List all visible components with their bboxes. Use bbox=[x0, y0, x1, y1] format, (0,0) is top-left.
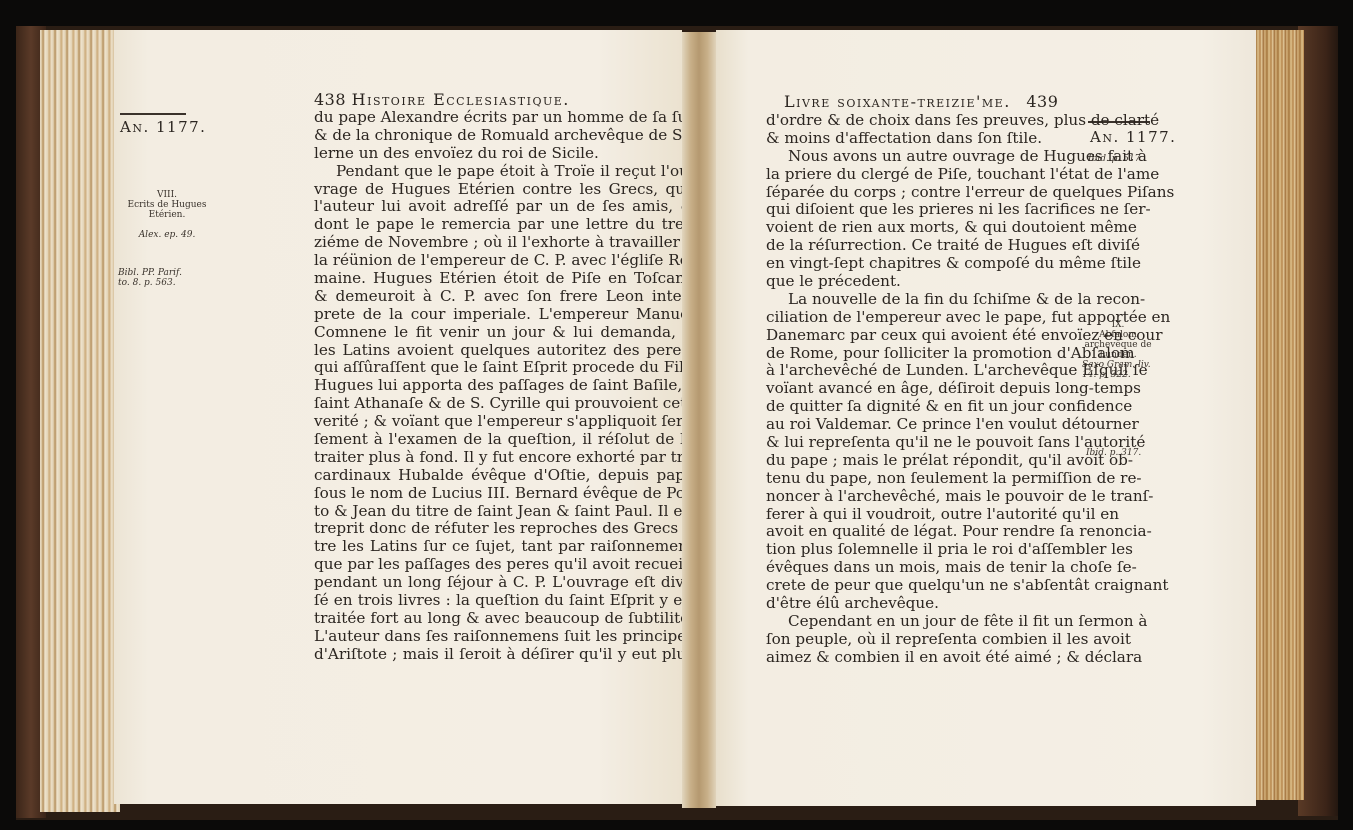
text-line: de la réſurrection. Ce traité de Hugues … bbox=[766, 237, 1074, 255]
page-edges-left bbox=[40, 30, 120, 812]
text-line: pendant un long ſéjour à C. P. L'ouvrage… bbox=[314, 574, 694, 592]
right-page-number: 439 bbox=[1026, 92, 1058, 111]
right-page: Livre soixante-treizie'me. 439 An. 1177.… bbox=[716, 30, 1256, 806]
book-gutter bbox=[682, 32, 716, 808]
right-running-head: Livre soixante-treizie'me. 439 bbox=[784, 92, 1058, 111]
text-line: tre les Latins ſur ce ſujet, tant par ra… bbox=[314, 538, 694, 556]
text-line: ſement à l'examen de la queſtion, il réſ… bbox=[314, 431, 694, 449]
left-page: 438 Histoire Ecclesiastique. An. 1177. V… bbox=[114, 30, 682, 804]
text-line: à l'archevêché de Lunden. L'archevêque E… bbox=[766, 362, 1074, 380]
open-book: 438 Histoire Ecclesiastique. An. 1177. V… bbox=[16, 12, 1338, 820]
right-body-text: d'ordre & de choix dans ſes preuves, plu… bbox=[766, 112, 1074, 667]
text-line: traiter plus à fond. Il y fut encore exh… bbox=[314, 449, 694, 467]
text-line: ferer à qui il voudroit, outre l'autorit… bbox=[766, 506, 1074, 524]
text-line: Comnene le fit venir un jour & lui deman… bbox=[314, 324, 694, 342]
text-line: la réünion de l'empereur de C. P. avec l… bbox=[314, 252, 694, 270]
text-line: vrage de Hugues Etérien contre les Grecs… bbox=[314, 181, 694, 199]
text-line: crete de peur que quelqu'un ne s'abſentâ… bbox=[766, 577, 1074, 595]
text-line: voïant avancé en âge, déſiroit depuis lo… bbox=[766, 380, 1074, 398]
text-line: du pape ; mais le prélat répondit, qu'il… bbox=[766, 452, 1074, 470]
text-line: ſous le nom de Lucius III. Bernard évêqu… bbox=[314, 485, 694, 503]
text-line: L'auteur dans ſes raiſonnemens ſuit les … bbox=[314, 628, 694, 646]
text-line: & moins d'affectation dans ſon ſtile. bbox=[766, 130, 1074, 148]
text-line: du pape Alexandre écrits par un homme de… bbox=[314, 109, 694, 127]
text-line: Pendant que le pape étoit à Troïe il reç… bbox=[314, 163, 694, 181]
margin-note-text: Ecrits de Hugues Etérien. bbox=[124, 200, 210, 220]
year-rule bbox=[120, 113, 186, 115]
text-line: qui aſſûraſſent que le ſaint Eſprit proc… bbox=[314, 359, 694, 377]
text-line: les Latins avoient quelques autoritez de… bbox=[314, 342, 694, 360]
text-line: au roi Valdemar. Ce prince l'en voulut d… bbox=[766, 416, 1074, 434]
margin-note-number: VIII. bbox=[124, 190, 210, 200]
text-line: traitée fort au long & avec beaucoup de … bbox=[314, 610, 694, 628]
citation-line: Bibl. PP. Parif. bbox=[118, 268, 210, 278]
text-line: aimez & combien il en avoit été aimé ; &… bbox=[766, 649, 1074, 667]
citation-line: to. 8. p. 563. bbox=[118, 278, 210, 288]
left-body-text: du pape Alexandre écrits par un homme de… bbox=[314, 109, 694, 664]
text-line: l'auteur lui avoit adreſſé par un de ſes… bbox=[314, 198, 694, 216]
text-line: & lui repreſenta qu'il ne le pouvoit ſan… bbox=[766, 434, 1074, 452]
text-line: d'être élû archevêque. bbox=[766, 595, 1074, 613]
text-line: Nous avons un autre ouvrage de Hugues fa… bbox=[766, 148, 1074, 166]
text-line: ciliation de l'empereur avec le pape, fu… bbox=[766, 309, 1074, 327]
text-line: tion plus ſolemnelle il pria le roi d'aſ… bbox=[766, 541, 1074, 559]
text-line: maine. Hugues Etérien étoit de Piſe en T… bbox=[314, 270, 694, 288]
text-line: lerne un des envoïez du roi de Sicile. bbox=[314, 145, 694, 163]
text-line: évêques dans un mois, mais de tenir la c… bbox=[766, 559, 1074, 577]
text-line: Danemarc par ceux qui avoient été envoïe… bbox=[766, 327, 1074, 345]
text-line: en vingt-ſept chapitres & compoſé du mêm… bbox=[766, 255, 1074, 273]
text-line: treprit donc de réfuter les reproches de… bbox=[314, 520, 694, 538]
text-line: d'ordre & de choix dans ſes preuves, plu… bbox=[766, 112, 1074, 130]
margin-citation-alex: Alex. ep. 49. bbox=[124, 230, 210, 240]
text-line: & de la chronique de Romuald archevêque … bbox=[314, 127, 694, 145]
text-line: que le précedent. bbox=[766, 273, 1074, 291]
text-line: to & Jean du titre de ſaint Jean & ſaint… bbox=[314, 503, 694, 521]
text-line: ſon peuple, où il repreſenta combien il … bbox=[766, 631, 1074, 649]
text-line: Hugues lui apporta des paſſages de ſaint… bbox=[314, 377, 694, 395]
text-line: La nouvelle de la fin du ſchiſme & de la… bbox=[766, 291, 1074, 309]
left-page-number: 438 bbox=[314, 90, 346, 109]
text-line: avoit en qualité de légat. Pour rendre ſ… bbox=[766, 523, 1074, 541]
text-line: & demeuroit à C. P. avec ſon frere Leon … bbox=[314, 288, 694, 306]
text-line: Cependant en un jour de fête il fit un ſ… bbox=[766, 613, 1074, 631]
text-line: qui diſoient que les prieres ni les ſacr… bbox=[766, 201, 1074, 219]
left-year: An. 1177. bbox=[120, 118, 206, 136]
text-line: d'Ariſtote ; mais il ſeroit à déſirer qu… bbox=[314, 646, 694, 664]
text-line: verité ; & voïant que l'empereur s'appli… bbox=[314, 413, 694, 431]
text-line: de Rome, pour ſolliciter la promotion d'… bbox=[766, 345, 1074, 363]
text-line: ziéme de Novembre ; où il l'exhorte à tr… bbox=[314, 234, 694, 252]
left-running-head: 438 Histoire Ecclesiastique. bbox=[314, 90, 570, 109]
text-line: cardinaux Hubalde évêque d'Oſtie, depuis… bbox=[314, 467, 694, 485]
margin-citation-bibl: Bibl. PP. Parif. to. 8. p. 563. bbox=[118, 268, 210, 288]
cover-edge-right bbox=[1298, 26, 1338, 816]
right-year: An. 1177. bbox=[1090, 128, 1176, 146]
right-running-title: Livre soixante-treizie'me. bbox=[784, 92, 1011, 111]
text-line: prete de la cour imperiale. L'empereur M… bbox=[314, 306, 694, 324]
text-line: voient de rien aux morts, & qui doutoien… bbox=[766, 219, 1074, 237]
text-line: ſéparée du corps ; contre l'erreur de qu… bbox=[766, 184, 1074, 202]
text-line: dont le pape le remercia par une lettre … bbox=[314, 216, 694, 234]
text-line: noncer à l'archevêché, mais le pouvoir d… bbox=[766, 488, 1074, 506]
left-running-title: Histoire Ecclesiastique. bbox=[352, 90, 570, 109]
text-line: la priere du clergé de Piſe, touchant l'… bbox=[766, 166, 1074, 184]
page-edges-right bbox=[1254, 30, 1304, 800]
margin-note-viii: VIII. Ecrits de Hugues Etérien. bbox=[124, 190, 210, 220]
text-line: ſé en trois livres : la queſtion du ſain… bbox=[314, 592, 694, 610]
text-line: que par les paſſages des peres qu'il avo… bbox=[314, 556, 694, 574]
text-line: de quitter ſa dignité & en fit un jour c… bbox=[766, 398, 1074, 416]
text-line: ſaint Athanaſe & de S. Cyrille qui prouv… bbox=[314, 395, 694, 413]
text-line: tenu du pape, non ſeulement la permiſſio… bbox=[766, 470, 1074, 488]
